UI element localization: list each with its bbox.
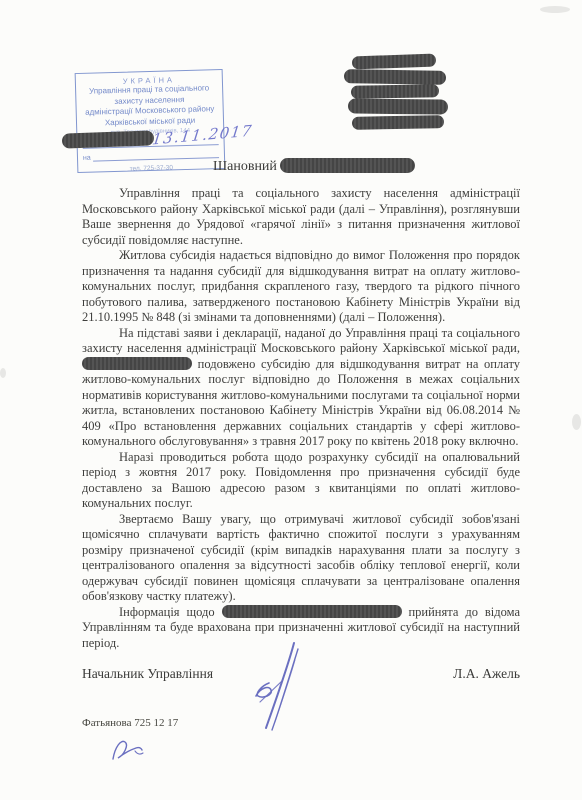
scanned-letter-page: УКРАЇНА Управління праці та соціального … bbox=[0, 0, 582, 800]
letter-body: Управління праці та соціального захисту … bbox=[82, 186, 520, 651]
stamp-na-label: на bbox=[83, 155, 91, 162]
paragraph-3: На підставі заяви і декларації, наданої … bbox=[82, 326, 520, 450]
paragraph-3-text: подовжено субсидію для відшкодування вит… bbox=[82, 357, 520, 449]
paragraph-4: Наразі проводиться робота щодо розрахунк… bbox=[82, 450, 520, 512]
stamp-na-line: на bbox=[83, 148, 219, 162]
stamp-phone: тел. 725-37-30 bbox=[81, 163, 221, 174]
signoff-name: Л.А. Ажель bbox=[453, 666, 520, 682]
paragraph-1: Управління праці та соціального захисту … bbox=[82, 186, 520, 248]
scan-smudge bbox=[0, 368, 6, 378]
signature-ink bbox=[247, 638, 309, 734]
paragraph-2: Житлова субсидія надається відповідно до… bbox=[82, 248, 520, 326]
redaction-bar bbox=[222, 605, 402, 618]
redaction-bar bbox=[82, 357, 192, 370]
paragraph-5: Звертаємо Вашу увагу, що отримувачі житл… bbox=[82, 512, 520, 605]
scan-smudge bbox=[540, 6, 570, 13]
paragraph-6-text: Інформація щодо bbox=[119, 605, 215, 619]
salutation-word: Шановний bbox=[213, 159, 277, 174]
scan-smudge bbox=[572, 414, 581, 430]
org-stamp: УКРАЇНА Управління праці та соціального … bbox=[75, 69, 226, 173]
redaction-bar bbox=[280, 158, 415, 173]
redaction-bar bbox=[351, 84, 439, 99]
executor-line: Фатьянова 725 12 17 bbox=[82, 717, 178, 729]
stamp-na-rule bbox=[93, 148, 219, 162]
redaction-bar bbox=[352, 115, 444, 130]
redaction-bar bbox=[344, 69, 446, 85]
paragraph-3-text: На підставі заяви і декларації, наданої … bbox=[82, 326, 520, 356]
handwritten-initials bbox=[105, 735, 149, 767]
redaction-bar bbox=[348, 98, 448, 114]
signoff-title: Начальник Управління bbox=[82, 666, 213, 682]
redaction-bar bbox=[352, 54, 436, 70]
redaction-bar bbox=[62, 130, 154, 148]
salutation-line: Шановний bbox=[213, 158, 415, 175]
